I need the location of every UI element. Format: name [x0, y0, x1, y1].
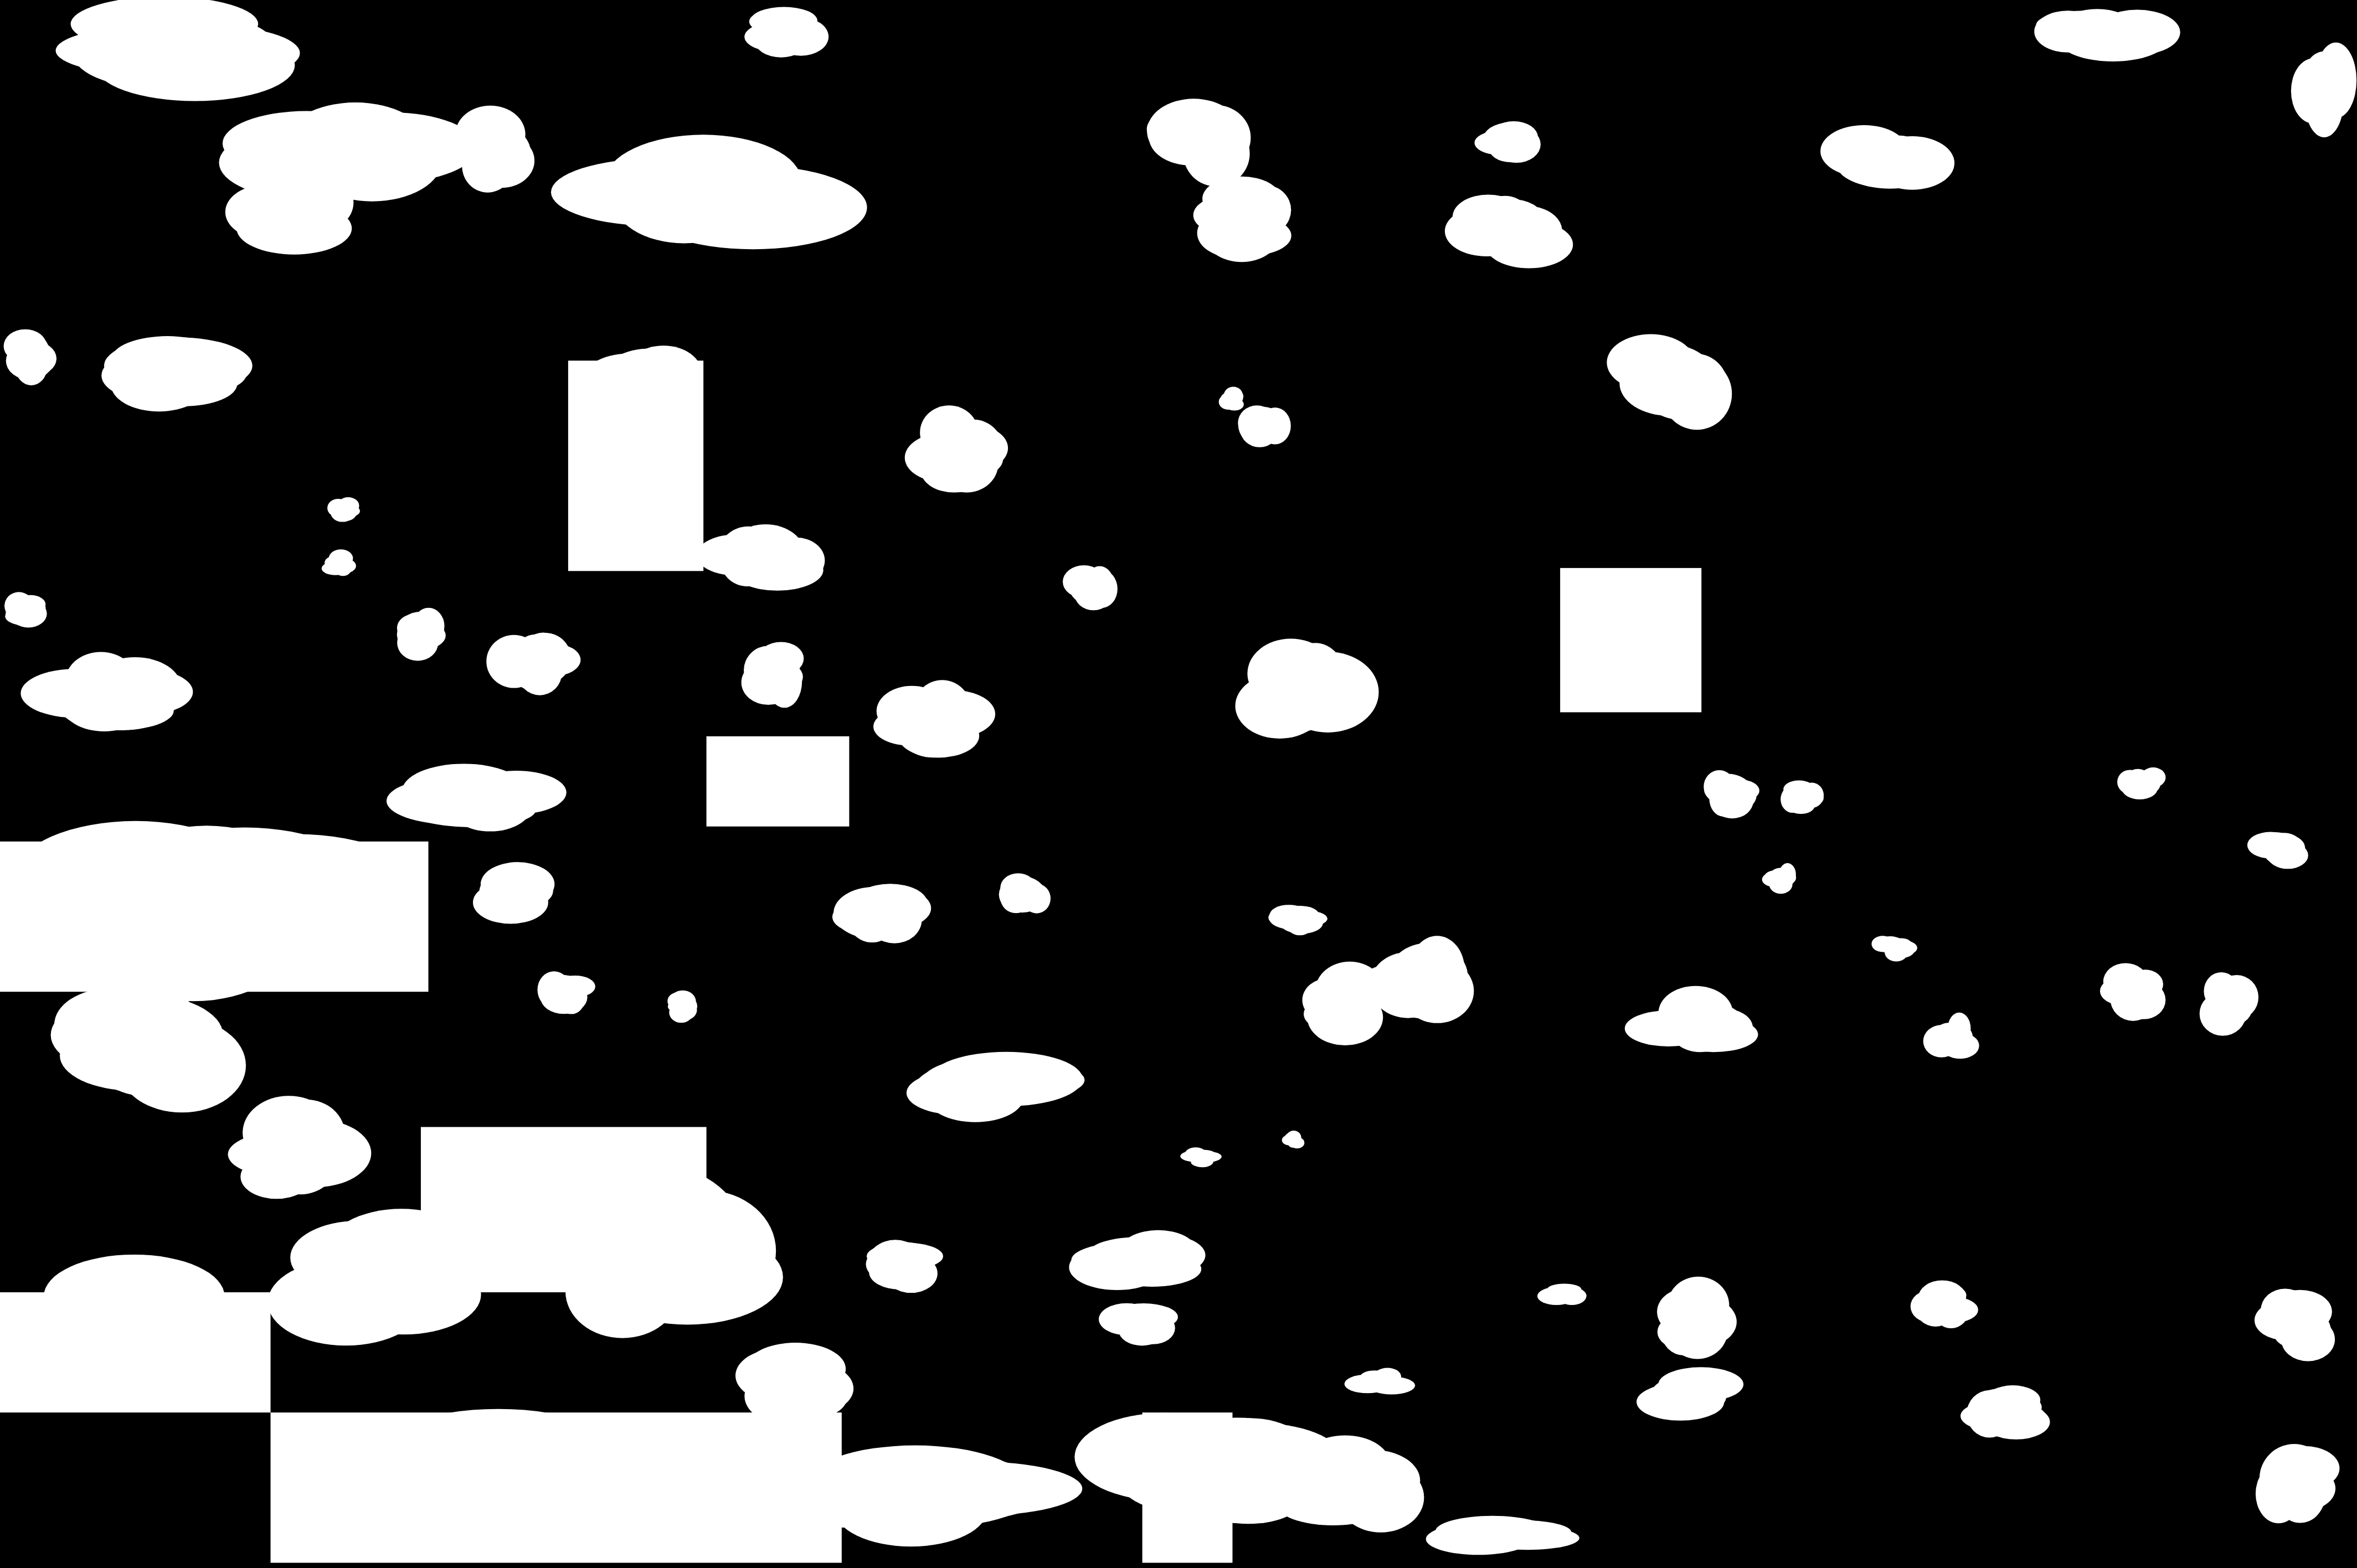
- cloud-mask-image: [0, 0, 2357, 1568]
